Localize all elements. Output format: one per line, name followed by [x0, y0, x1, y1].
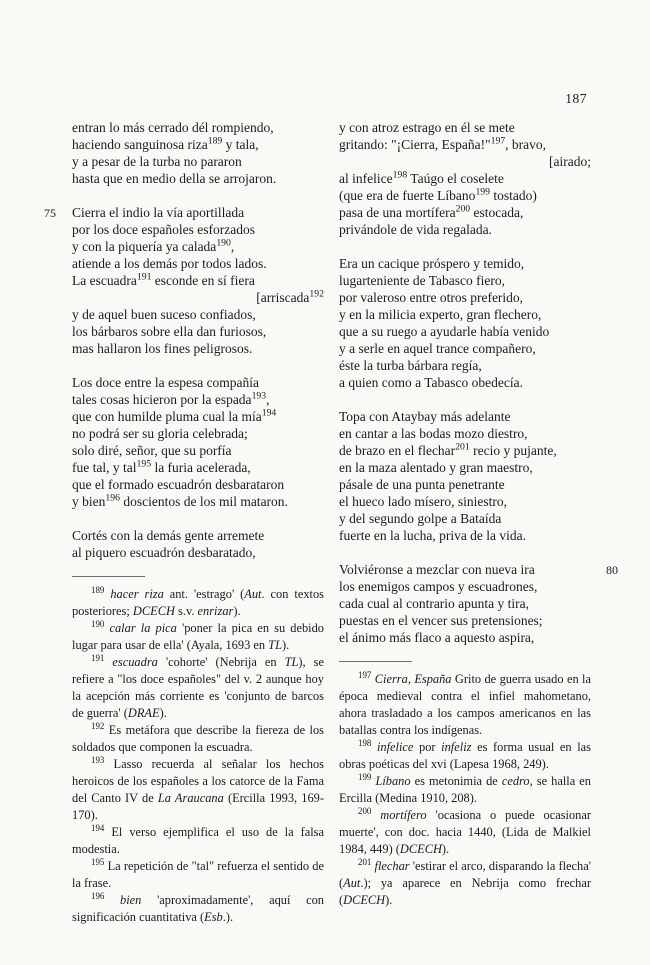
verse-line: Los doce entre la espesa compañía	[72, 374, 324, 391]
verse-line: que el formado escuadrón desbarataron	[72, 476, 324, 493]
stanza: y con atroz estrago en él se metegritand…	[339, 119, 591, 238]
footnote-reference: 201	[455, 442, 470, 453]
footnote-198: 198 infelice por infeliz es forma usual …	[339, 739, 591, 773]
verse-line: Era un cacique próspero y temido,	[339, 255, 591, 272]
verse-line: fuerte en la lucha, priva de la vida.	[339, 527, 591, 544]
footnote-separator	[72, 576, 145, 577]
stanza: Los doce entre la espesa compañíatales c…	[72, 374, 324, 510]
verse-line: y en la milicia experto, gran flechero,	[339, 306, 591, 323]
verse-line: por los doce españoles esforzados	[72, 221, 324, 238]
verse-line: en cantar a las bodas mozo diestro,	[339, 425, 591, 442]
footnote-reference: 196	[105, 493, 120, 504]
verse-line: de brazo en el flechar201 recio y pujant…	[339, 442, 591, 459]
verse-line: haciendo sanguinosa riza189 y tala,	[72, 136, 324, 153]
book-page: { "page": { "number": "187" }, "columns"…	[0, 0, 650, 965]
footnote-reference: 190	[216, 238, 231, 249]
stanza: Cortés con la demás gente arremeteal piq…	[72, 527, 324, 561]
footnote-number: 201	[358, 857, 371, 867]
footnote-reference: 195	[136, 459, 151, 470]
verse-line: en la maza alentado y gran maestro,	[339, 459, 591, 476]
verse-line: atiende a los demás por todos lados.	[72, 255, 324, 272]
verse-line: al piquero escuadrón desbaratado,	[72, 544, 324, 561]
verse-line: no podrá ser su gloria celebrada;	[72, 425, 324, 442]
footnotes-right: 197 Cierra, España Grito de guerra usado…	[339, 671, 591, 909]
footnote-193: 193 Lasso recuerda al señalar los hechos…	[72, 756, 324, 824]
poem-text-right: y con atroz estrago en él se metegritand…	[339, 119, 591, 646]
verse-line: el ánimo más flaco a aquesto aspira,	[339, 629, 591, 646]
footnote-reference: 197	[491, 136, 506, 147]
footnote-190: 190 calar la pica 'poner la pica en su d…	[72, 620, 324, 654]
footnotes-left: 189 hacer riza ant. 'estrago' (Aut. con …	[72, 586, 324, 926]
stanza: Era un cacique próspero y temido,lugarte…	[339, 255, 591, 391]
footnote-191: 191 escuadra 'cohorte' (Nebrija en TL), …	[72, 654, 324, 722]
verse-line: mas hallaron los fines peligrosos.	[72, 340, 324, 357]
verse-line: pasa de una mortífera200 estocada,	[339, 204, 591, 221]
footnote-number: 192	[91, 721, 104, 731]
footnote-189: 189 hacer riza ant. 'estrago' (Aut. con …	[72, 586, 324, 620]
footnote-number: 195	[91, 857, 104, 867]
verse-line: Topa con Ataybay más adelante	[339, 408, 591, 425]
verse-line: [airado;	[339, 153, 591, 170]
page-number: 187	[565, 91, 587, 107]
footnote-195: 195 La repetición de "tal" refuerza el s…	[72, 858, 324, 892]
verse-line: gritando: "¡Cierra, España!"197, bravo,	[339, 136, 591, 153]
verse-line: y a pesar de la turba no pararon	[72, 153, 324, 170]
verse-line: cada cual al contrario apunta y tira,	[339, 595, 591, 612]
footnote-number: 191	[91, 653, 104, 663]
footnote-192: 192 Es metáfora que describe la fiereza …	[72, 722, 324, 756]
verse-number: 75	[44, 206, 56, 221]
verse-line: hasta que en medio della se arrojaron.	[72, 170, 324, 187]
footnote-197: 197 Cierra, España Grito de guerra usado…	[339, 671, 591, 739]
footnote-reference: 192	[309, 289, 324, 300]
footnote-separator	[339, 661, 412, 662]
verse-line: La escuadra191 esconde en sí fiera	[72, 272, 324, 289]
verse-number: 80	[606, 563, 618, 578]
footnote-number: 199	[358, 772, 371, 782]
footnote-number: 194	[91, 823, 104, 833]
footnote-number: 197	[358, 670, 371, 680]
verse-line: y con la piquería ya calada190,	[72, 238, 324, 255]
verse-line: fue tal, y tal195 la furia acelerada,	[72, 459, 324, 476]
verse-line: por valeroso entre otros preferido,	[339, 289, 591, 306]
footnote-number: 193	[91, 755, 104, 765]
verse-line: éste la turba bárbara regía,	[339, 357, 591, 374]
verse-line: que con humilde pluma cual la mía194	[72, 408, 324, 425]
stanza: Topa con Ataybay más adelanteen cantar a…	[339, 408, 591, 544]
stanza: 80Volviéronse a mezclar con nueva iralos…	[339, 561, 591, 646]
verse-line: y bien196 doscientos de los mil mataron.	[72, 493, 324, 510]
column-left: entran lo más cerrado dél rompiendo,haci…	[72, 119, 324, 926]
footnote-199: 199 Líbano es metonimia de cedro, se hal…	[339, 773, 591, 807]
verse-line: a quien como a Tabasco obedecía.	[339, 374, 591, 391]
footnote-201: 201 flechar 'estirar el arco, disparando…	[339, 858, 591, 909]
footnote-reference: 199	[475, 187, 490, 198]
footnote-reference: 198	[393, 170, 408, 181]
verse-line: tales cosas hicieron por la espada193,	[72, 391, 324, 408]
footnote-number: 198	[358, 738, 371, 748]
verse-line: lugarteniente de Tabasco fiero,	[339, 272, 591, 289]
verse-line: que a su ruego a ayudarle había venido	[339, 323, 591, 340]
verse-line: y con atroz estrago en él se mete	[339, 119, 591, 136]
verse-line: Volviéronse a mezclar con nueva ira	[339, 561, 591, 578]
footnote-reference: 193	[252, 391, 267, 402]
verse-line: el hueco lado mísero, siniestro,	[339, 493, 591, 510]
verse-line: Cierra el indio la vía aportillada	[72, 204, 324, 221]
footnote-number: 190	[91, 619, 104, 629]
footnote-number: 189	[91, 585, 104, 595]
footnote-reference: 189	[208, 136, 223, 147]
verse-line: solo diré, señor, que su porfía	[72, 442, 324, 459]
footnote-200: 200 mortífero 'ocasiona o puede ocasiona…	[339, 807, 591, 858]
verse-line: privándole de vida regalada.	[339, 221, 591, 238]
verse-line: al infelice198 Taúgo el coselete	[339, 170, 591, 187]
verse-line: y a serle en aquel trance compañero,	[339, 340, 591, 357]
footnote-reference: 191	[137, 272, 152, 283]
footnote-number: 200	[358, 806, 371, 816]
column-right: y con atroz estrago en él se metegritand…	[339, 119, 591, 909]
verse-line: pásale de una punta penetrante	[339, 476, 591, 493]
verse-line: los enemigos campos y escuadrones,	[339, 578, 591, 595]
verse-line: [arriscada192	[72, 289, 324, 306]
verse-line: puestas en el vencer sus pretensiones;	[339, 612, 591, 629]
verse-line: los bárbaros sobre ella dan furiosos,	[72, 323, 324, 340]
verse-line: (que era de fuerte Líbano199 tostado)	[339, 187, 591, 204]
footnote-number: 196	[91, 891, 104, 901]
verse-line: y del segundo golpe a Bataída	[339, 510, 591, 527]
stanza: 75Cierra el indio la vía aportilladapor …	[72, 204, 324, 357]
verse-line: Cortés con la demás gente arremete	[72, 527, 324, 544]
footnote-reference: 200	[456, 204, 471, 215]
verse-line: entran lo más cerrado dél rompiendo,	[72, 119, 324, 136]
footnote-196: 196 bien 'aproximadamente', aquí con sig…	[72, 892, 324, 926]
poem-text-left: entran lo más cerrado dél rompiendo,haci…	[72, 119, 324, 561]
footnote-reference: 194	[262, 408, 277, 419]
stanza: entran lo más cerrado dél rompiendo,haci…	[72, 119, 324, 187]
footnote-194: 194 El verso ejemplifica el uso de la fa…	[72, 824, 324, 858]
verse-line: y de aquel buen suceso confiados,	[72, 306, 324, 323]
